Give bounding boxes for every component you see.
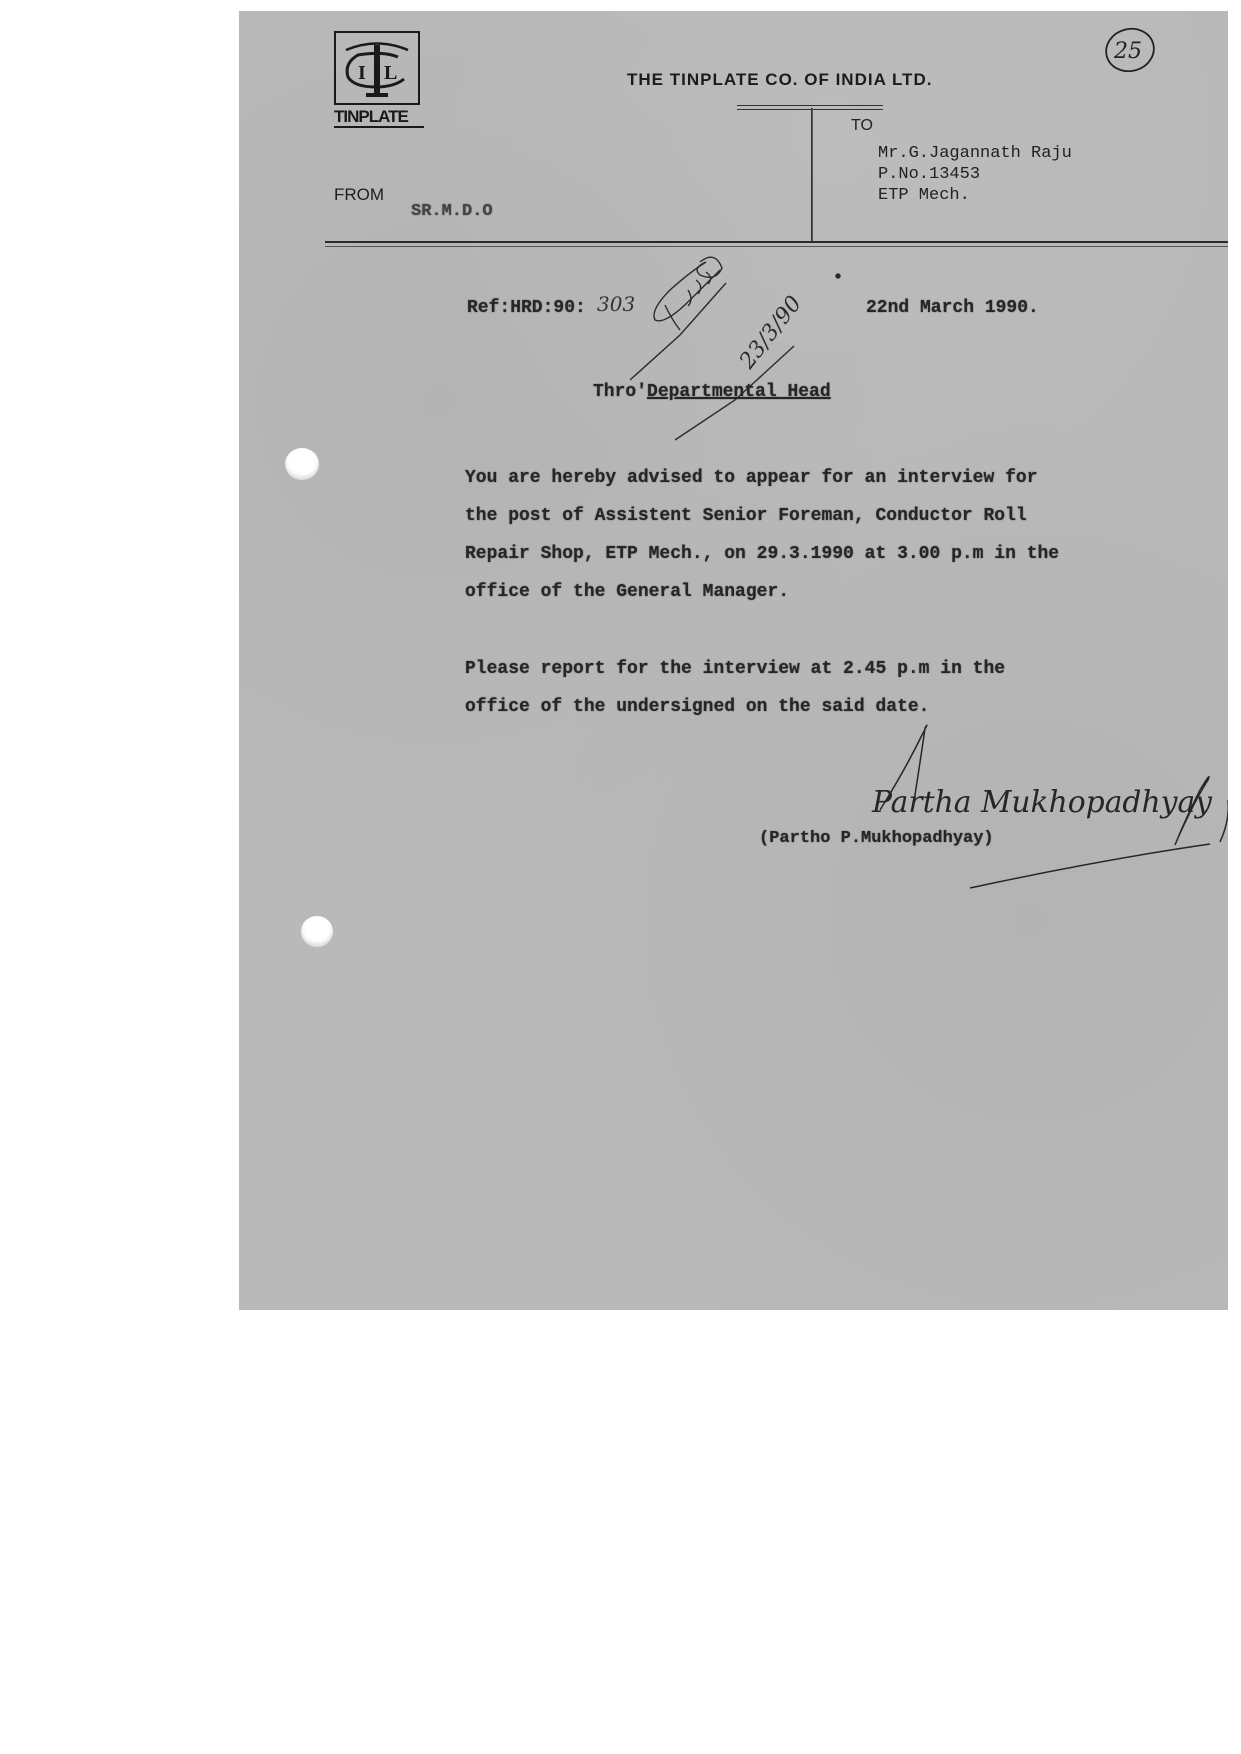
company-logo: I L — [334, 31, 420, 105]
letter-date: 22nd March 1990. — [866, 298, 1039, 318]
signatory-name: (Partho P.Mukhopadhyay) — [759, 829, 994, 848]
body-line: Please report for the interview at 2.45 … — [465, 650, 1005, 688]
from-value: SR.M.D.O — [411, 202, 493, 221]
letter-sheet: I L TINPLATE THE TINPLATE CO. OF INDIA L… — [239, 11, 1228, 1310]
body-line: office of the undersigned on the said da… — [465, 688, 1005, 726]
reference-handwritten: 303 — [597, 292, 635, 316]
header-rule — [325, 241, 1228, 247]
thro-recipient: Departmental Head — [647, 382, 831, 402]
svg-text:L: L — [384, 62, 397, 84]
punch-hole — [301, 916, 333, 947]
thro-prefix: Thro' — [593, 382, 647, 402]
header-divider-vertical — [811, 108, 813, 241]
thro-line: Thro'Departmental Head — [593, 382, 831, 402]
from-label: FROM — [334, 185, 384, 205]
addressee-pno: P.No.13453 — [878, 164, 1072, 185]
page-number-circle: 25 — [1102, 23, 1158, 75]
addressee-name: Mr.G.Jagannath Raju — [878, 143, 1072, 164]
body-line: Repair Shop, ETP Mech., on 29.3.1990 at … — [465, 535, 1059, 573]
signature-text: Partha Mukhopadhyay — [871, 785, 1213, 820]
page-number: 25 — [1113, 39, 1142, 64]
reference-number: Ref:HRD:90: — [467, 298, 586, 318]
body-paragraph-2: Please report for the interview at 2.45 … — [465, 650, 1005, 726]
header-t-bar — [737, 105, 883, 110]
svg-text:I: I — [358, 62, 366, 84]
logo-wordmark: TINPLATE — [334, 108, 424, 128]
body-paragraph-1: You are hereby advised to appear for an … — [465, 459, 1059, 611]
tcil-monogram-icon: I L — [336, 33, 418, 103]
to-label: TO — [851, 117, 873, 135]
body-line: the post of Assistent Senior Foreman, Co… — [465, 497, 1059, 535]
addressee-block: Mr.G.Jagannath Raju P.No.13453 ETP Mech. — [878, 143, 1072, 206]
addressee-dept: ETP Mech. — [878, 185, 1072, 206]
body-line: You are hereby advised to appear for an … — [465, 459, 1059, 497]
svg-text:23/3/90: 23/3/90 — [734, 291, 807, 374]
punch-hole — [285, 448, 319, 480]
company-name: THE TINPLATE CO. OF INDIA LTD. — [627, 70, 932, 90]
body-line: office of the General Manager. — [465, 573, 1059, 611]
